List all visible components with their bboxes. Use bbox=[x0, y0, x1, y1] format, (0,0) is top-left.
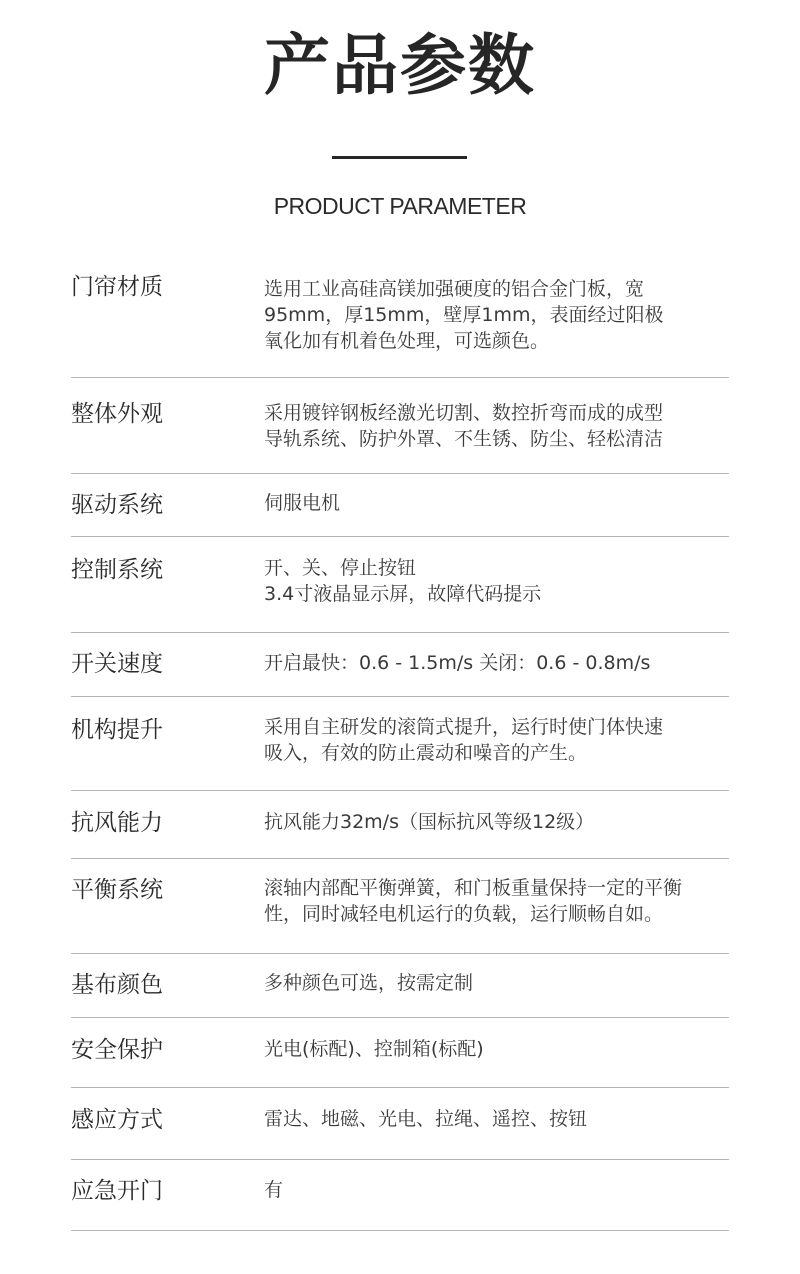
param-row: 基布颜色 多种颜色可选，按需定制 bbox=[71, 954, 729, 1018]
param-row: 控制系统 开、关、停止按钮 3.4寸液晶显示屏，故障代码提示 bbox=[71, 537, 729, 633]
param-row: 整体外观 采用镀锌钢板经激光切割、数控折弯而成的成型 导轨系统、防护外罩、不生锈… bbox=[71, 378, 729, 474]
param-label: 开关速度 bbox=[71, 649, 163, 679]
param-value: 抗风能力32m/s（国标抗风等级12级） bbox=[264, 809, 734, 835]
param-label: 整体外观 bbox=[71, 399, 163, 429]
param-value: 采用镀锌钢板经激光切割、数控折弯而成的成型 导轨系统、防护外罩、不生锈、防尘、轻… bbox=[264, 400, 734, 452]
param-row: 机构提升 采用自主研发的滚筒式提升，运行时使门体快速 吸入，有效的防止震动和噪音… bbox=[71, 697, 729, 791]
page-subtitle: PRODUCT PARAMETER bbox=[0, 192, 800, 220]
param-label: 平衡系统 bbox=[71, 875, 163, 905]
param-value: 多种颜色可选，按需定制 bbox=[264, 970, 734, 996]
param-label: 应急开门 bbox=[71, 1176, 163, 1206]
param-row: 安全保护 光电(标配)、控制箱(标配) bbox=[71, 1018, 729, 1088]
param-row: 应急开门 有 bbox=[71, 1160, 729, 1231]
param-label: 抗风能力 bbox=[71, 808, 163, 838]
param-row: 开关速度 开启最快：0.6 - 1.5m/s 关闭：0.6 - 0.8m/s bbox=[71, 633, 729, 697]
param-value: 伺服电机 bbox=[264, 490, 734, 516]
param-value: 采用自主研发的滚筒式提升，运行时使门体快速 吸入，有效的防止震动和噪音的产生。 bbox=[264, 714, 734, 766]
param-row: 平衡系统 滚轴内部配平衡弹簧，和门板重量保持一定的平衡 性，同时减轻电机运行的负… bbox=[71, 859, 729, 954]
param-value: 开、关、停止按钮 3.4寸液晶显示屏，故障代码提示 bbox=[264, 555, 734, 607]
param-label: 机构提升 bbox=[71, 715, 163, 745]
param-value: 有 bbox=[264, 1177, 734, 1203]
param-row: 门帘材质 选用工业高硅高镁加强硬度的铝合金门板，宽 95mm，厚15mm，壁厚1… bbox=[71, 270, 729, 378]
param-value: 滚轴内部配平衡弹簧，和门板重量保持一定的平衡 性，同时减轻电机运行的负载，运行顺… bbox=[264, 875, 734, 927]
param-label: 控制系统 bbox=[71, 555, 163, 585]
param-label: 感应方式 bbox=[71, 1105, 163, 1135]
param-value: 开启最快：0.6 - 1.5m/s 关闭：0.6 - 0.8m/s bbox=[264, 650, 734, 676]
param-value: 选用工业高硅高镁加强硬度的铝合金门板，宽 95mm，厚15mm，壁厚1mm，表面… bbox=[264, 276, 734, 354]
param-value: 光电(标配)、控制箱(标配) bbox=[264, 1036, 734, 1062]
param-label: 门帘材质 bbox=[71, 272, 163, 302]
page-title: 产品参数 bbox=[0, 26, 800, 106]
param-row: 感应方式 雷达、地磁、光电、拉绳、遥控、按钮 bbox=[71, 1088, 729, 1160]
param-label: 基布颜色 bbox=[71, 970, 163, 1000]
param-label: 安全保护 bbox=[71, 1035, 163, 1065]
param-row: 抗风能力 抗风能力32m/s（国标抗风等级12级） bbox=[71, 791, 729, 859]
param-row: 驱动系统 伺服电机 bbox=[71, 474, 729, 537]
param-value: 雷达、地磁、光电、拉绳、遥控、按钮 bbox=[264, 1106, 734, 1132]
title-underline bbox=[332, 156, 467, 159]
param-label: 驱动系统 bbox=[71, 490, 163, 520]
product-parameter-page: 产品参数 PRODUCT PARAMETER 门帘材质 选用工业高硅高镁加强硬度… bbox=[0, 0, 800, 1274]
